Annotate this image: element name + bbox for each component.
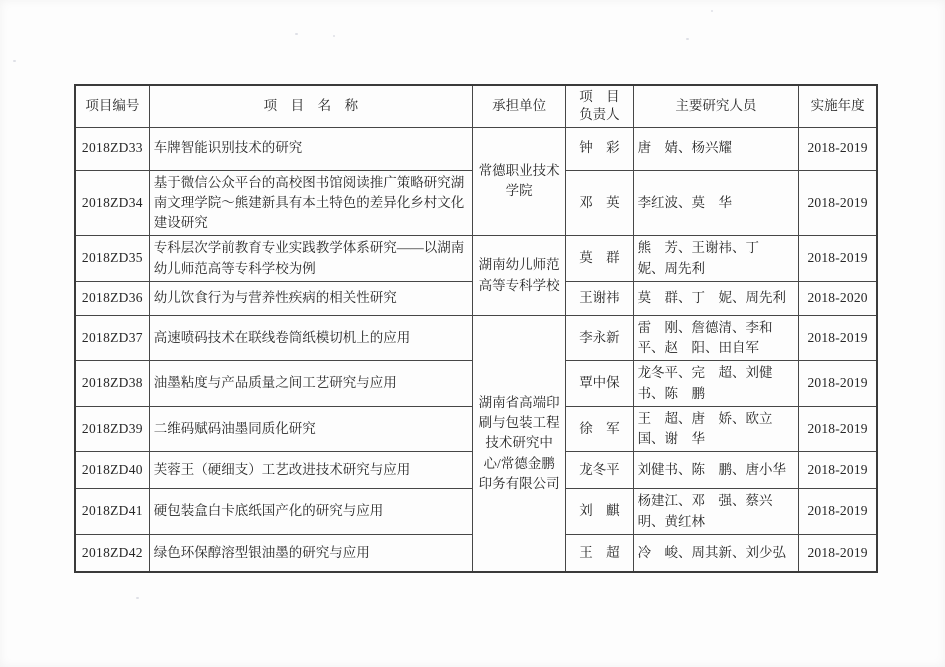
project-name: 车牌智能识别技术的研究 (149, 127, 472, 170)
project-researchers: 雷 刚、詹德清、李和平、赵 阳、田自军 (633, 315, 799, 361)
project-researchers: 莫 群、丁 妮、周先利 (633, 281, 799, 315)
header-years: 实施年度 (799, 85, 877, 127)
project-id: 2018ZD35 (75, 236, 149, 282)
project-leader: 王谢祎 (566, 281, 633, 315)
project-years: 2018-2019 (799, 361, 877, 407)
project-leader: 龙冬平 (566, 452, 633, 489)
unit-cell: 常德职业技术学院 (472, 127, 565, 236)
project-years: 2018-2019 (799, 534, 877, 572)
project-leader: 莫 群 (566, 236, 633, 282)
header-project-id: 项目编号 (75, 85, 149, 127)
project-name: 高速喷码技术在联线卷筒纸模切机上的应用 (149, 315, 472, 361)
project-researchers: 龙冬平、完 超、刘健书、陈 鹏 (633, 361, 799, 407)
unit-cell: 湖南省高端印刷与包装工程技术研究中心/常德金鹏印务有限公司 (472, 315, 565, 572)
project-years: 2018-2019 (799, 406, 877, 452)
project-name: 幼儿饮食行为与营养性疾病的相关性研究 (149, 281, 472, 315)
project-name: 绿色环保醇溶型银油墨的研究与应用 (149, 534, 472, 572)
project-years: 2018-2019 (799, 127, 877, 170)
table-row: 2018ZD33 车牌智能识别技术的研究 常德职业技术学院 钟 彩 唐 婧、杨兴… (75, 127, 877, 170)
project-leader: 李永新 (566, 315, 633, 361)
project-name: 二维码赋码油墨同质化研究 (149, 406, 472, 452)
project-id: 2018ZD34 (75, 170, 149, 236)
table-header-row: 项目编号 项 目 名 称 承担单位 项 目 负责人 主要研究人员 实施年度 (75, 85, 877, 127)
header-project-name: 项 目 名 称 (149, 85, 472, 127)
scan-noise-speck (13, 60, 16, 62)
header-leader: 项 目 负责人 (566, 85, 633, 127)
scan-noise-speck (295, 33, 298, 35)
project-id: 2018ZD36 (75, 281, 149, 315)
project-years: 2018-2019 (799, 170, 877, 236)
project-name: 专科层次学前教育专业实践教学体系研究——以湖南幼儿师范高等专科学校为例 (149, 236, 472, 282)
table-row: 2018ZD37 高速喷码技术在联线卷筒纸模切机上的应用 湖南省高端印刷与包装工… (75, 315, 877, 361)
project-leader: 刘 麒 (566, 489, 633, 535)
project-researchers: 唐 婧、杨兴耀 (633, 127, 799, 170)
header-researchers: 主要研究人员 (633, 85, 799, 127)
project-id: 2018ZD42 (75, 534, 149, 572)
project-name: 油墨粘度与产品质量之间工艺研究与应用 (149, 361, 472, 407)
project-researchers: 李红波、莫 华 (633, 170, 799, 236)
project-leader: 徐 军 (566, 406, 633, 452)
project-years: 2018-2019 (799, 236, 877, 282)
project-years: 2018-2020 (799, 281, 877, 315)
scan-noise-speck (686, 38, 689, 40)
header-unit: 承担单位 (472, 85, 565, 127)
project-leader: 钟 彩 (566, 127, 633, 170)
project-id: 2018ZD37 (75, 315, 149, 361)
project-researchers: 王 超、唐 娇、欧立国、谢 华 (633, 406, 799, 452)
scanned-document-page: 项目编号 项 目 名 称 承担单位 项 目 负责人 主要研究人员 实施年度 20… (0, 0, 945, 667)
unit-cell: 湖南幼儿师范高等专科学校 (472, 236, 565, 316)
table-row: 2018ZD35 专科层次学前教育专业实践教学体系研究——以湖南幼儿师范高等专科… (75, 236, 877, 282)
project-id: 2018ZD39 (75, 406, 149, 452)
project-id: 2018ZD40 (75, 452, 149, 489)
project-years: 2018-2019 (799, 315, 877, 361)
project-leader: 邓 英 (566, 170, 633, 236)
project-leader: 覃中保 (566, 361, 633, 407)
scan-noise-speck (333, 35, 335, 37)
project-id: 2018ZD33 (75, 127, 149, 170)
project-leader: 王 超 (566, 534, 633, 572)
project-name: 芙蓉王（硬细支）工艺改进技术研究与应用 (149, 452, 472, 489)
project-name: 基于微信公众平台的高校图书馆阅读推广策略研究湖南文理学院～熊建新具有本土特色的差… (149, 170, 472, 236)
project-id: 2018ZD41 (75, 489, 149, 535)
project-researchers: 熊 芳、王谢祎、丁 妮、周先利 (633, 236, 799, 282)
project-name: 硬包装盒白卡底纸国产化的研究与应用 (149, 489, 472, 535)
scan-noise-speck (136, 597, 139, 599)
project-id: 2018ZD38 (75, 361, 149, 407)
scan-noise-speck (711, 10, 713, 12)
project-table: 项目编号 项 目 名 称 承担单位 项 目 负责人 主要研究人员 实施年度 20… (74, 84, 878, 573)
project-years: 2018-2019 (799, 489, 877, 535)
project-researchers: 杨建江、邓 强、蔡兴明、黄红林 (633, 489, 799, 535)
project-researchers: 刘健书、陈 鹏、唐小华 (633, 452, 799, 489)
project-years: 2018-2019 (799, 452, 877, 489)
project-researchers: 冷 峻、周其新、刘少弘 (633, 534, 799, 572)
